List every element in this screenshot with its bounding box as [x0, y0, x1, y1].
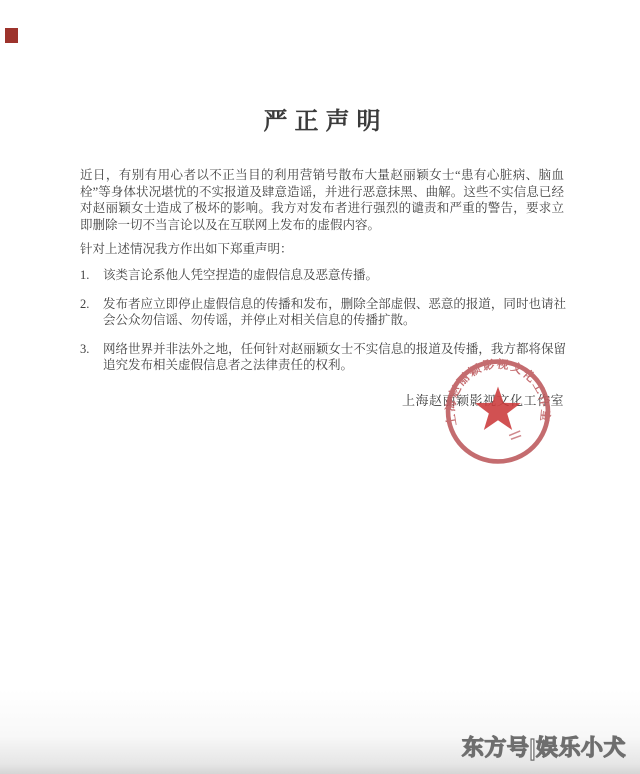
- statement-item-1: 1. 该类言论系他人凭空捏造的虚假信息及恶意传播。: [80, 267, 566, 284]
- document-title: 严正声明: [80, 101, 564, 136]
- item-text: 该类言论系他人凭空捏造的虚假信息及恶意传播。: [103, 267, 566, 284]
- official-seal: 上海赵丽颖影视文化工作室: [441, 356, 555, 467]
- statement-lead: 针对上述情况我方作出如下郑重声明：: [80, 239, 564, 257]
- statement-item-2: 2. 发布者应立即停止虚假信息的传播和发布，删除全部虚假、恶意的报道，同时也请社…: [80, 296, 566, 329]
- item-text: 发布者应立即停止虚假信息的传播和发布，删除全部虚假、恶意的报道，同时也请社会公众…: [103, 296, 566, 329]
- item-number: 1.: [80, 267, 103, 284]
- seal-serial-mark: [509, 431, 521, 439]
- intro-paragraph: 近日，有别有用心者以不正当目的利用营销号散布大量赵丽颖女士“患有心脏病、脑血栓”…: [80, 167, 564, 233]
- seal-star-icon: [475, 387, 521, 430]
- watermark-text: 东方号|娱乐小犬: [462, 731, 626, 762]
- item-number: 2.: [80, 296, 103, 329]
- item-number: 3.: [80, 341, 103, 374]
- top-left-red-marker: [5, 28, 18, 43]
